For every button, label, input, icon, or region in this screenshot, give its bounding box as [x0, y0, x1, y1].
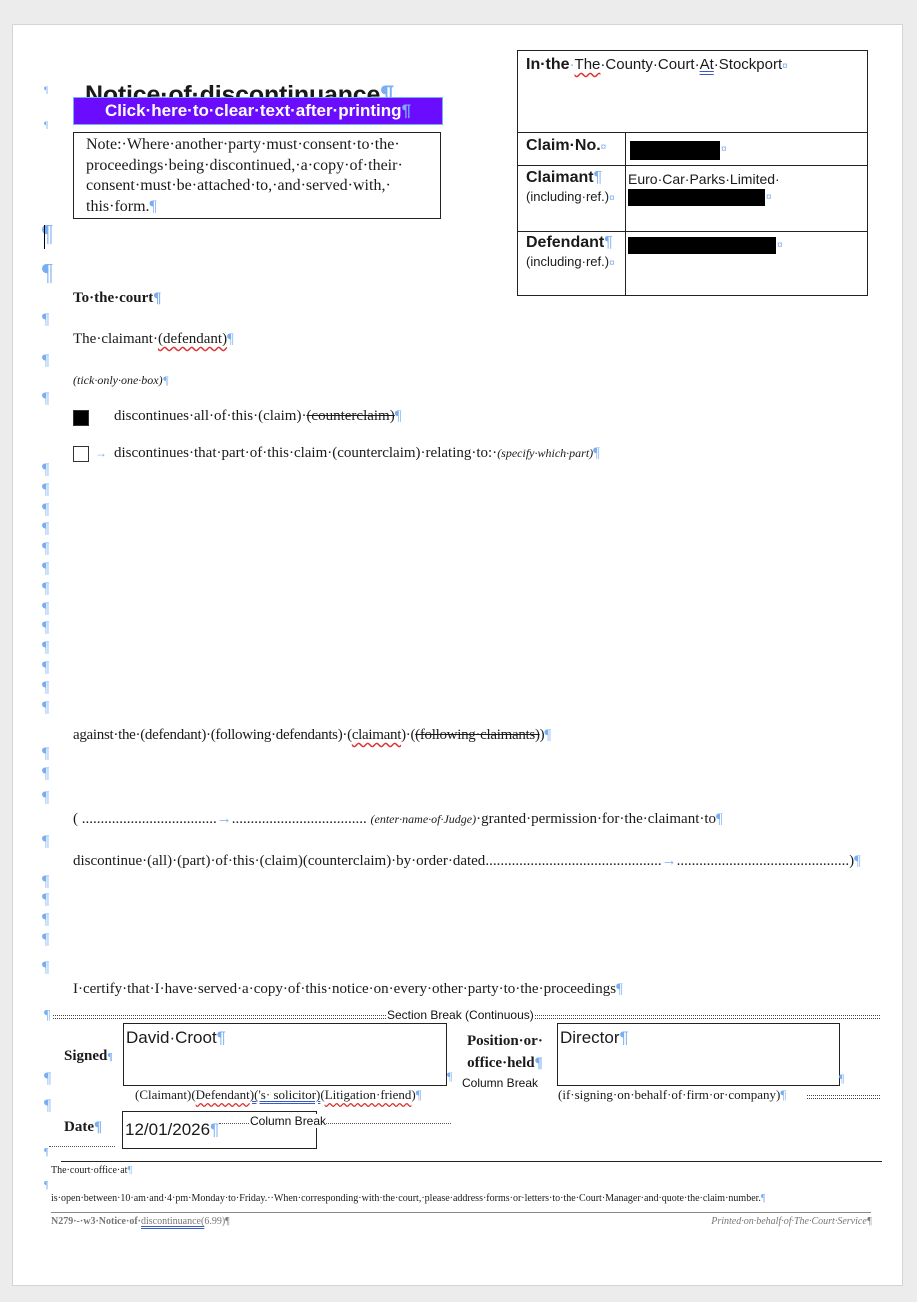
pilcrow-mark: ¶ [42, 833, 49, 851]
pilcrow-mark: ¶ [42, 931, 49, 949]
position-label: Position·or· office·held¶ [467, 1030, 543, 1074]
date-label: Date¶ [64, 1119, 102, 1136]
pilcrow-mark: ¶ [42, 580, 49, 598]
section-break-line [807, 1095, 880, 1099]
tab-arrow-icon: → [95, 446, 107, 461]
opening-hours-line: is·open·between·10·am·and·4·pm·Monday·to… [51, 1193, 765, 1204]
pilcrow-mark: ¶ [44, 1180, 49, 1191]
position-caption: (if·signing·on·behalf·of·firm·or·company… [558, 1087, 786, 1103]
to-the-court-heading: To·the·court¶ [73, 290, 161, 307]
note-line: proceedings·being·discontinued,·a·copy·o… [86, 156, 428, 177]
pilcrow-mark: ¶ [839, 1071, 844, 1086]
pilcrow-mark: ¶ [42, 311, 49, 329]
column-break-label: Column Break [250, 1114, 326, 1128]
pilcrow-mark: ¶ [44, 120, 48, 130]
pilcrow-mark: ¶ [42, 911, 49, 929]
pilcrow-mark: ¶ [42, 481, 49, 499]
claim-number-label: Claim·No.¤ [526, 137, 606, 155]
form-code: N279·-·w3·Notice·of·discontinuance(6.99)… [51, 1216, 230, 1227]
checkbox-discontinue-all[interactable] [73, 410, 89, 426]
cell-marker: ¤ [721, 144, 727, 155]
pilcrow-mark: ¶ [42, 352, 49, 370]
tick-instruction: (tick·only·one·box)¶ [73, 373, 169, 388]
pilcrow-mark: ¶ [42, 390, 49, 408]
text-cursor [44, 225, 45, 249]
judge-permission-line: ( ....................................→.… [73, 811, 723, 828]
position-field[interactable]: Director¶ [557, 1023, 840, 1086]
note-line: consent·must·be·attached·to,·and·served·… [86, 176, 428, 197]
signed-label: Signed¶ [64, 1048, 113, 1065]
column-break-label: Column Break [462, 1076, 538, 1090]
defendant-label: Defendant¶ (including·ref.)¤ [526, 233, 615, 273]
signed-capacity-caption: (Claimant)(Defendant)('s· solicitor)(Lit… [135, 1087, 422, 1103]
pilcrow-mark: ¶ [42, 560, 49, 578]
document-page[interactable]: ¶ ¶ ¶ ¶ ¶ ¶ ¶ ¶¶¶¶¶¶¶¶¶¶¶¶¶ ¶ ¶ ¶ ¶ ¶ ¶ … [12, 24, 903, 1286]
pilcrow-mark: ¶ [42, 659, 49, 677]
court-office-line: The·court·office·at¶ [51, 1165, 132, 1176]
certify-statement: I·certify·that·I·have·served·a·copy·of·t… [73, 981, 623, 998]
consent-note: Note:·Where·another·party·must·consent·t… [73, 132, 441, 219]
claimant-value[interactable]: Euro·Car·Parks·Limited· [628, 171, 780, 187]
note-line: this·form.¶ [86, 197, 428, 218]
option-discontinue-part-label: discontinues·that·part·of·this·claim·(co… [114, 445, 600, 462]
signed-field[interactable]: David·Croot¶ [123, 1023, 447, 1086]
pilcrow-mark: ¶ [44, 1008, 50, 1024]
pilcrow-mark: ¶ [42, 679, 49, 697]
option-discontinue-all-label: discontinues·all·of·this·(claim)·(counte… [114, 408, 402, 425]
cell-marker: ¤ [766, 192, 772, 203]
claim-number-redacted[interactable] [630, 141, 720, 160]
court-details-table: In·the·The·County·Court·At·Stockport¤ Cl… [517, 50, 868, 296]
pilcrow-mark: ¶ [42, 959, 49, 977]
pilcrow-mark: ¶ [42, 891, 49, 909]
pilcrow-mark: ¶ [42, 745, 49, 763]
pilcrow-mark: ¶ [42, 765, 49, 783]
pilcrow-mark: ¶ [42, 619, 49, 637]
pilcrow-mark: ¶ [42, 520, 49, 538]
footer-divider [51, 1212, 871, 1213]
printed-on-behalf: Printed·on·behalf·of·The·Court·Service¶ [711, 1216, 872, 1227]
pilcrow-mark: ¶ [44, 85, 48, 95]
court-name-cell[interactable]: In·the·The·County·Court·At·Stockport¤ [526, 56, 788, 74]
section-break-label: Section Break (Continuous) [387, 1008, 534, 1022]
cell-marker: ¤ [777, 240, 783, 251]
pilcrow-mark: ¶ [42, 461, 49, 479]
claimant-ref-redacted[interactable] [628, 189, 765, 206]
pilcrow-mark: ¶ [44, 1147, 49, 1158]
footer-divider [61, 1161, 882, 1162]
order-dated-line: discontinue·(all)·(part)·of·this·(claim)… [73, 853, 861, 870]
pilcrow-mark: ¶ [44, 1097, 51, 1115]
pilcrow-mark: ¶ [42, 540, 49, 558]
checkbox-discontinue-part[interactable] [73, 446, 89, 462]
pilcrow-mark: ¶ [42, 260, 53, 287]
clear-text-button[interactable]: Click·here·to·clear·text·after·printing¶ [73, 97, 443, 125]
pilcrow-mark: ¶ [42, 789, 49, 807]
pilcrow-mark: ¶ [44, 1070, 51, 1088]
defendant-redacted[interactable] [628, 237, 776, 254]
pilcrow-mark: ¶ [42, 501, 49, 519]
column-break-line [49, 1146, 115, 1147]
against-defendant-line: against·the·(defendant)·(following·defen… [73, 727, 551, 744]
claimant-line: The·claimant·(defendant)¶ [73, 331, 234, 348]
claimant-label: Claimant¶ (including·ref.)¤ [526, 168, 615, 208]
pilcrow-mark: ¶ [42, 639, 49, 657]
pilcrow-mark: ¶ [447, 1069, 452, 1084]
pilcrow-mark: ¶ [42, 873, 49, 891]
pilcrow-mark: ¶ [42, 699, 49, 717]
pilcrow-mark: ¶ [42, 600, 49, 618]
note-line: Note:·Where·another·party·must·consent·t… [86, 135, 428, 156]
